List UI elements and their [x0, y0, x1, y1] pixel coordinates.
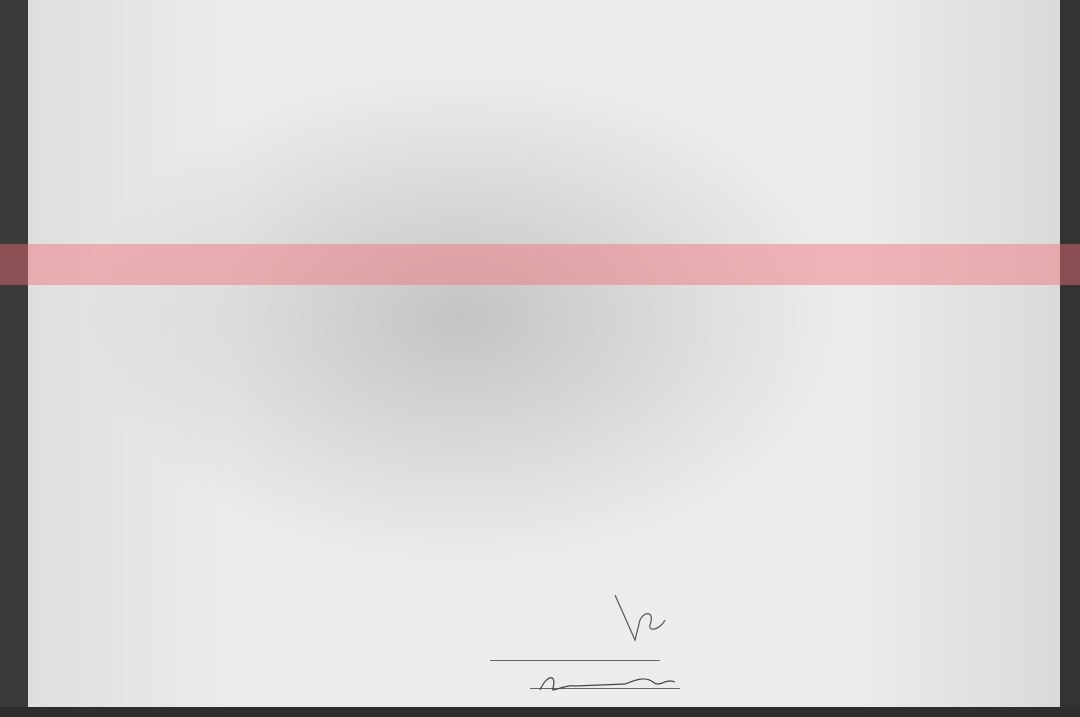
- scan-bottom-border: [0, 707, 1080, 717]
- commander-signature-scrawl: [610, 590, 670, 650]
- commander-sign-line: [490, 660, 660, 661]
- document-page: [28, 0, 1060, 708]
- scan-left-border: [0, 0, 28, 717]
- scan-right-border: [1060, 0, 1080, 717]
- chief-signature-scrawl: [535, 672, 685, 696]
